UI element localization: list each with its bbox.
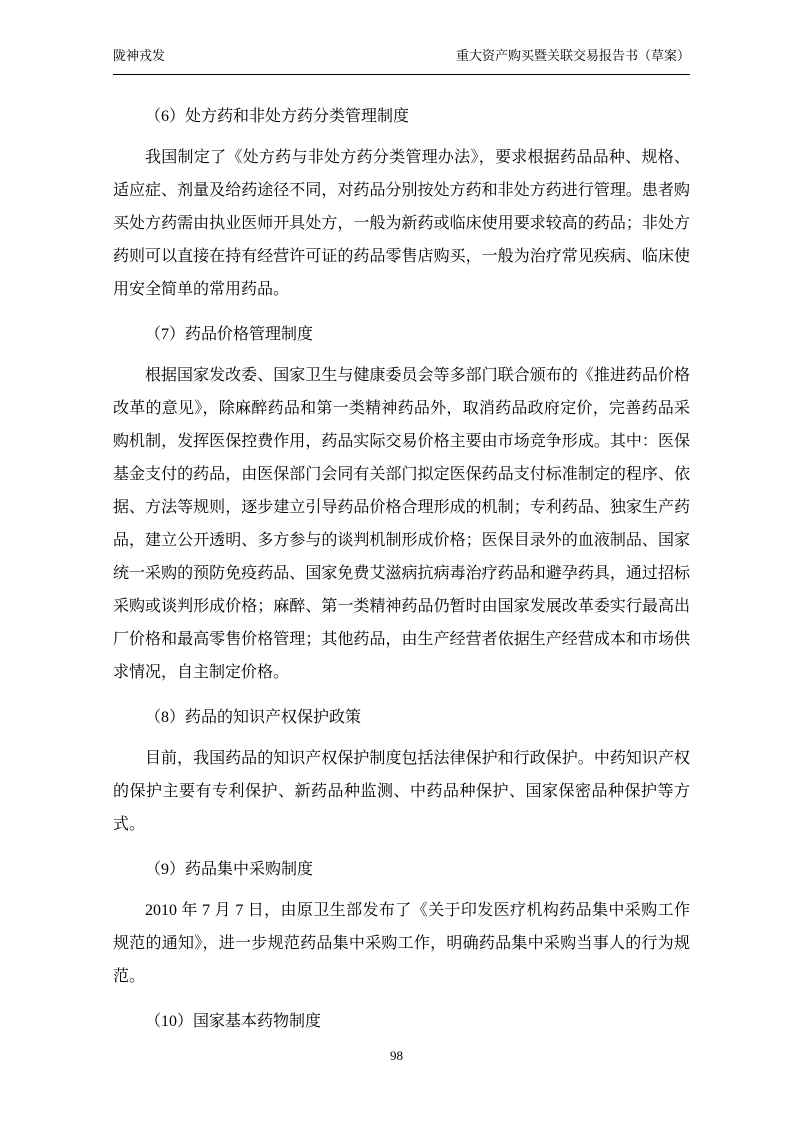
page-number: 98 <box>390 1048 403 1063</box>
section-7-heading: （7）药品价格管理制度 <box>113 318 690 351</box>
page-footer: 98 <box>0 1048 793 1064</box>
header-report-title: 重大资产购买暨关联交易报告书（草案） <box>456 47 690 65</box>
page-header: 陇神戎发 重大资产购买暨关联交易报告书（草案） <box>113 47 690 75</box>
section-8-heading: （8）药品的知识产权保护政策 <box>113 701 690 734</box>
section-6-heading: （6）处方药和非处方药分类管理制度 <box>113 100 690 133</box>
document-page: 陇神戎发 重大资产购买暨关联交易报告书（草案） （6）处方药和非处方药分类管理制… <box>0 0 793 1122</box>
section-7-paragraph: 根据国家发改委、国家卫生与健康委员会等多部门联合颁布的《推进药品价格改革的意见》… <box>113 359 690 689</box>
document-content: （6）处方药和非处方药分类管理制度 我国制定了《处方药与非处方药分类管理办法》，… <box>113 88 690 1046</box>
section-9-paragraph: 2010 年 7 月 7 日，由原卫生部发布了《关于印发医疗机构药品集中采购工作… <box>113 894 690 993</box>
section-9-heading: （9）药品集中采购制度 <box>113 853 690 886</box>
section-8-paragraph: 目前，我国药品的知识产权保护制度包括法律保护和行政保护。中药知识产权的保护主要有… <box>113 742 690 841</box>
section-10-heading: （10）国家基本药物制度 <box>113 1005 690 1038</box>
section-6-paragraph: 我国制定了《处方药与非处方药分类管理办法》，要求根据药品品种、规格、适应症、剂量… <box>113 141 690 306</box>
header-company-name: 陇神戎发 <box>113 47 165 65</box>
